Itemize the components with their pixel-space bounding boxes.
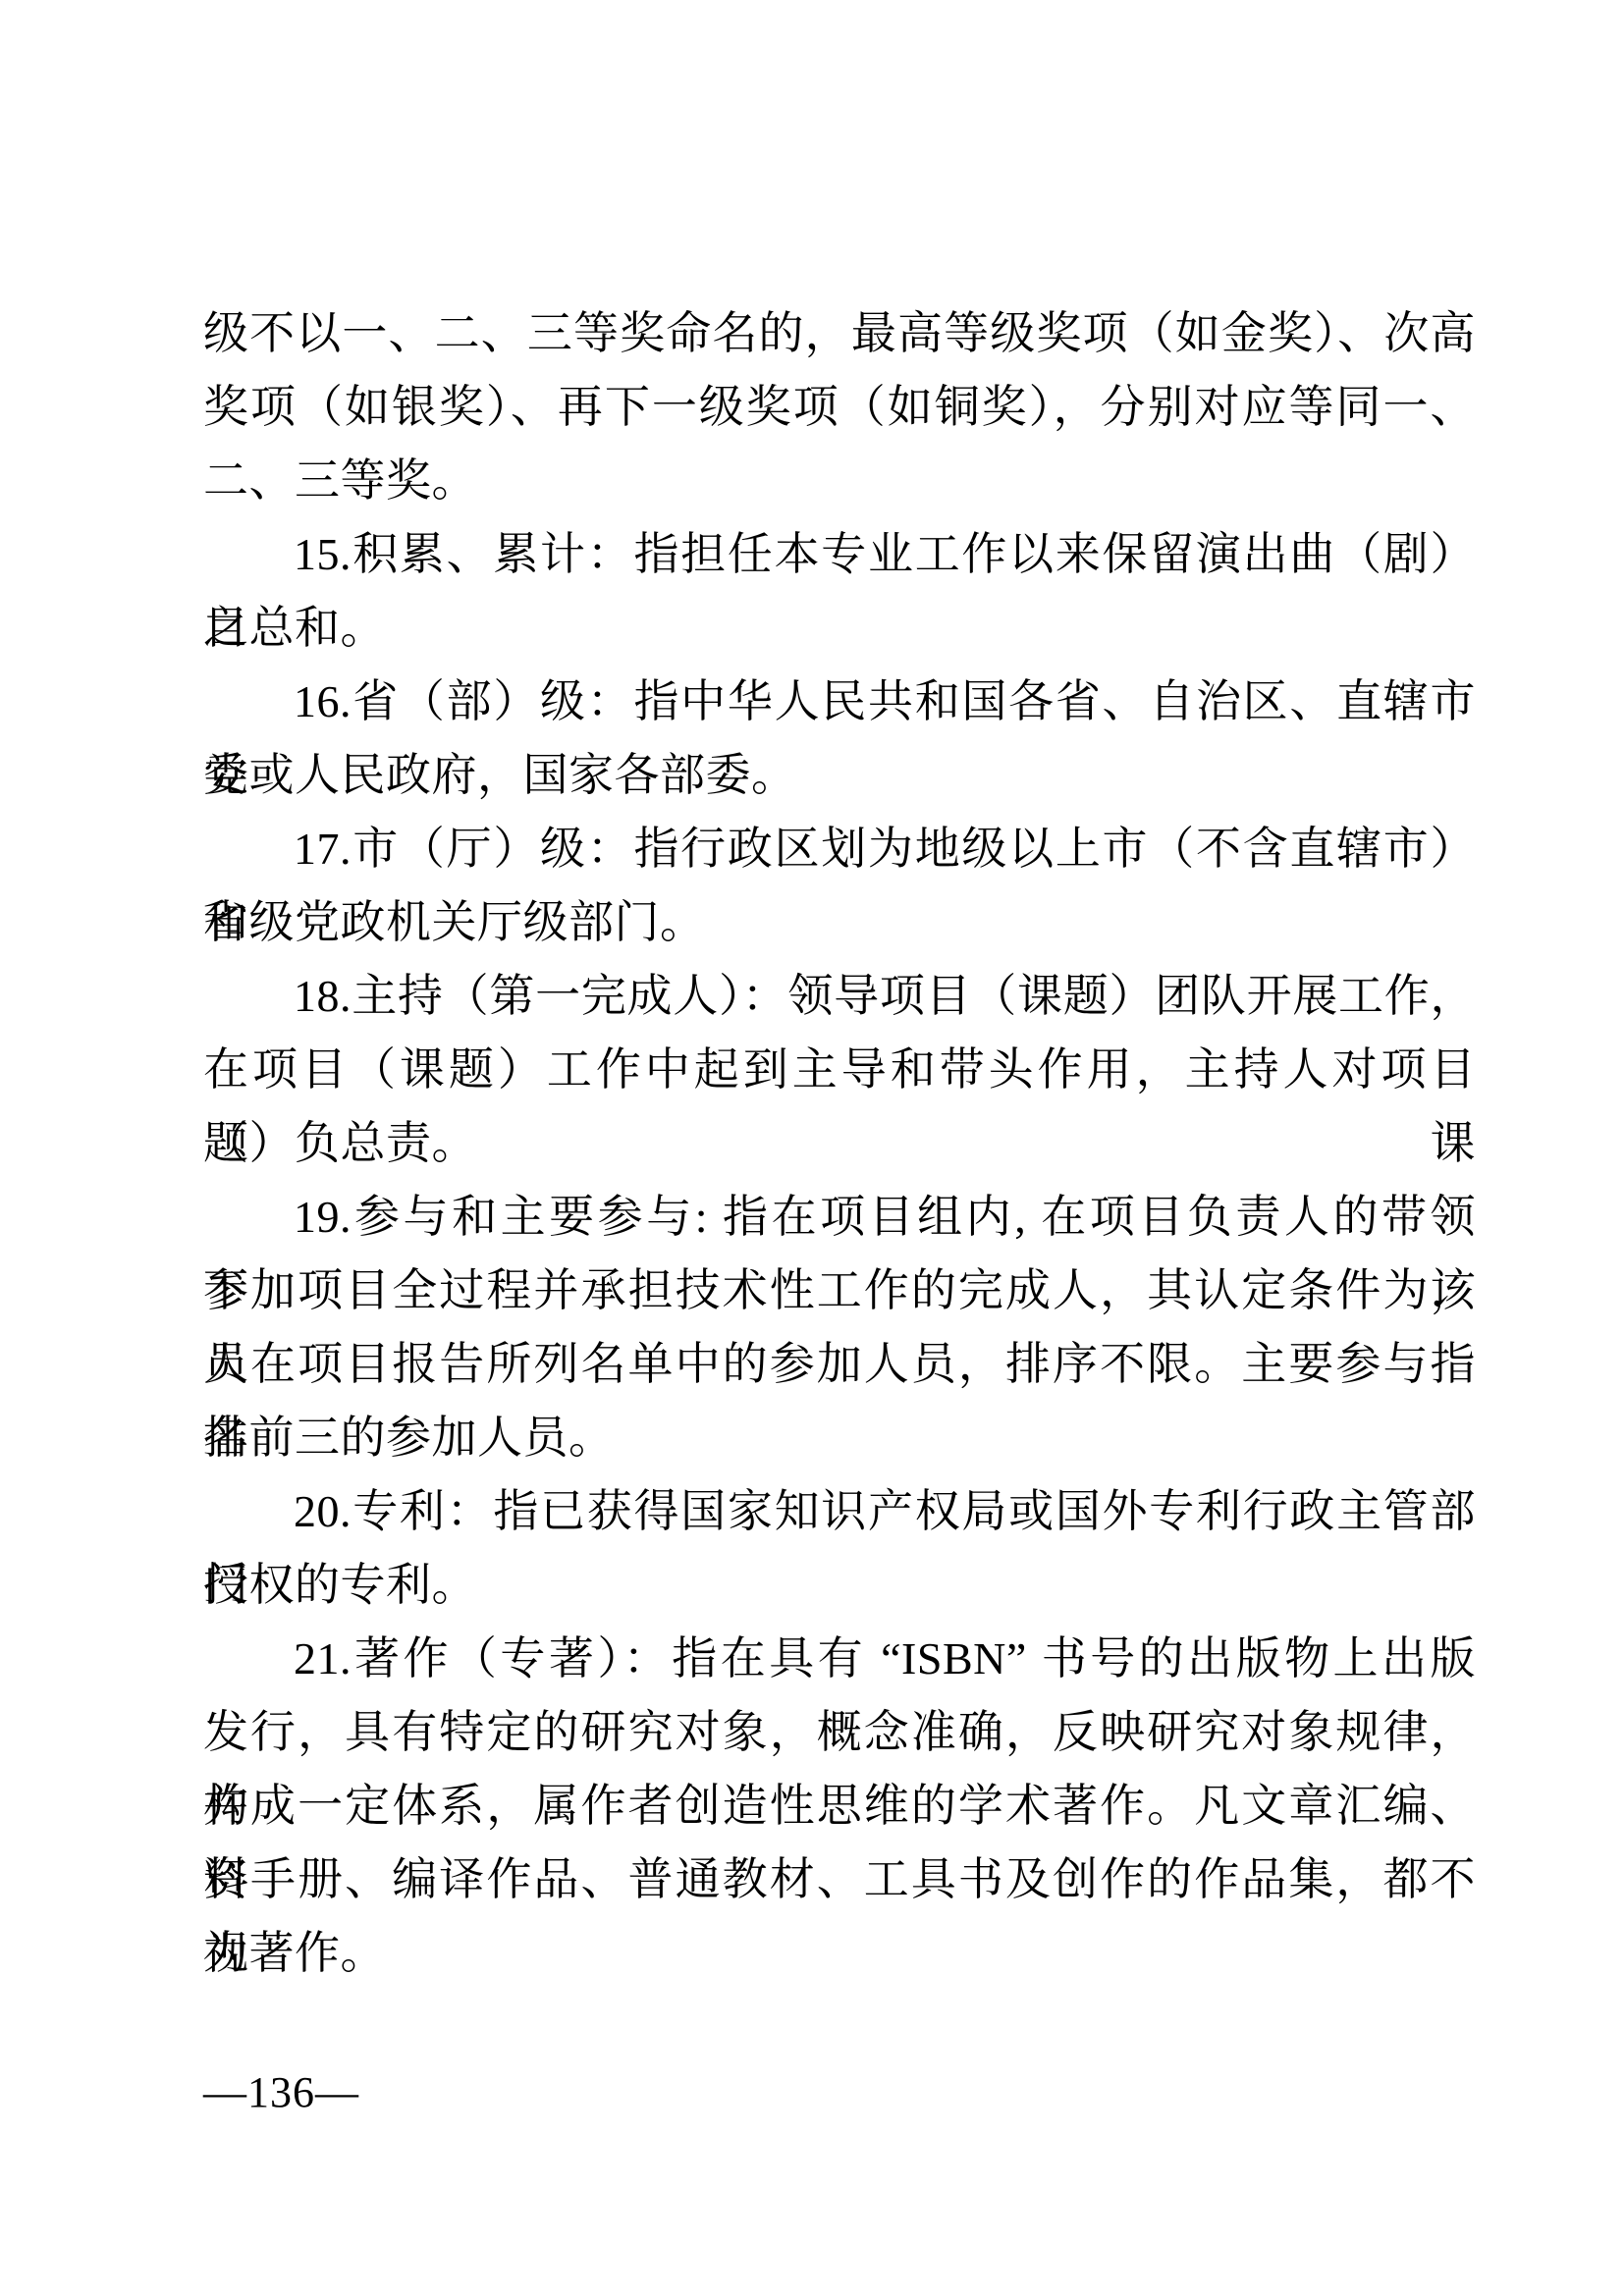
text-line: 名前三的参加人员。 xyxy=(203,1401,1476,1474)
text-line: 授权的专利。 xyxy=(203,1548,1476,1622)
text-line: 构成一定体系，属作者创造性思维的学术著作。凡文章汇编、资 xyxy=(203,1769,1476,1842)
text-line: 20.专利：指已获得国家知识产权局或国外专利行政主管部门 xyxy=(203,1474,1476,1548)
text-line: 参加项目全过程并承担技术性工作的完成人，其认定条件为该人 xyxy=(203,1254,1476,1327)
text-line: 17.市（厅）级：指行政区划为地级以上市（不含直辖市）和 xyxy=(203,812,1476,885)
text-line: 16.省（部）级：指中华人民共和国各省、自治区、直辖市党 xyxy=(203,665,1476,738)
document-page: 级不以一、二、三等奖命名的，最高等级奖项（如金奖）、次高奖项（如银奖）、再下一级… xyxy=(0,0,1624,2296)
text-line: 之总和。 xyxy=(203,591,1476,665)
text-line: 奖项（如银奖）、再下一级奖项（如铜奖），分别对应等同一、 xyxy=(203,370,1476,444)
text-line: 18.主持（第一完成人）：领导项目（课题）团队开展工作， xyxy=(203,959,1476,1033)
document-body: 级不以一、二、三等奖命名的，最高等级奖项（如金奖）、次高奖项（如银奖）、再下一级… xyxy=(203,296,1476,1990)
text-line: 在项目（课题）工作中起到主导和带头作用，主持人对项目（课 xyxy=(203,1033,1476,1106)
text-line: 发行，具有特定的研究对象，概念准确，反映研究对象规律，并 xyxy=(203,1695,1476,1769)
text-line: 级不以一、二、三等奖命名的，最高等级奖项（如金奖）、次高 xyxy=(203,296,1476,370)
text-line: 委或人民政府，国家各部委。 xyxy=(203,738,1476,812)
text-line: 省级党政机关厅级部门。 xyxy=(203,885,1476,959)
text-line: 15.积累、累计：指担任本专业工作以来保留演出曲（剧）目 xyxy=(203,517,1476,591)
text-line: 料手册、编译作品、普通教材、工具书及创作的作品集，都不视 xyxy=(203,1842,1476,1916)
page-number: —136— xyxy=(203,2069,359,2116)
text-line: 19.参与和主要参与: 指在项目组内, 在项目负责人的带领下， xyxy=(203,1180,1476,1254)
text-line: 二、三等奖。 xyxy=(203,444,1476,517)
text-line: 为著作。 xyxy=(203,1916,1476,1990)
text-line: 21.著作（专著）：指在具有 “ISBN” 书号的出版物上出版 xyxy=(203,1622,1476,1695)
text-line: 员在项目报告所列名单中的参加人员，排序不限。主要参与指排 xyxy=(203,1327,1476,1401)
